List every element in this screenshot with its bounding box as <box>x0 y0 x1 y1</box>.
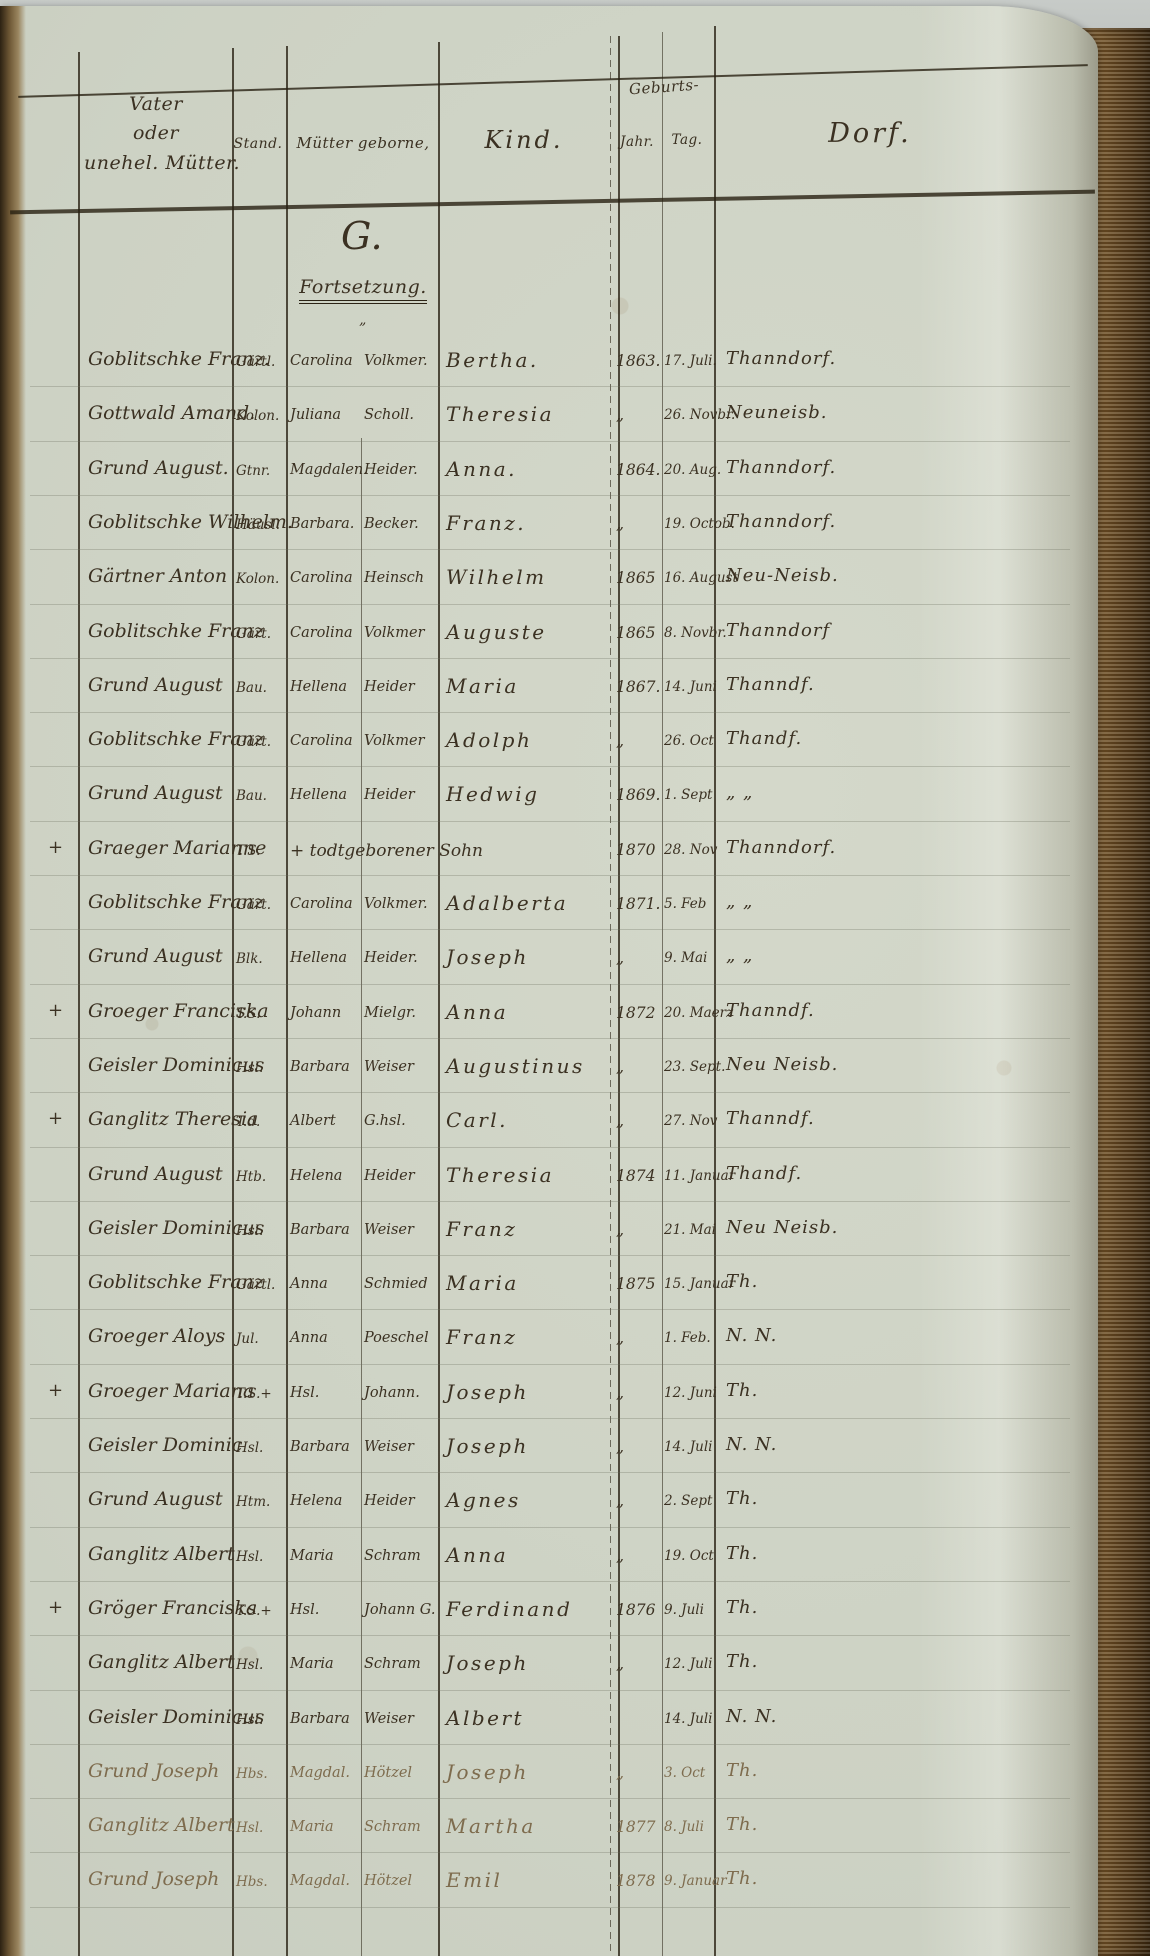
cell-father-name: Grund August <box>88 945 230 967</box>
cell-child-name: Joseph <box>446 1760 606 1784</box>
cell-birth-year: 1874 <box>616 1167 660 1185</box>
cell-stand: Gärtl. <box>236 354 284 370</box>
cell-birth-year: „ <box>616 732 660 750</box>
cell-child-name: Albert <box>446 1706 606 1730</box>
cell-father-name: Groeger Mariana <box>88 1380 230 1402</box>
cell-child-name: Franz <box>446 1325 606 1349</box>
cell-child-name: Joseph <box>446 945 606 969</box>
register-row: Goblitschke FranzGärt.CarolinaVolkmer.Ad… <box>0 881 1098 935</box>
cell-birth-year: „ <box>616 1058 660 1076</box>
cell-birth-year: „ <box>616 1438 660 1456</box>
cell-birth-day: 5. Feb <box>664 896 712 912</box>
cell-birth-day: 1. Sept <box>664 787 712 803</box>
cell-stand: Hbs. <box>236 1874 284 1890</box>
cell-mother-surname: Weiser <box>364 1059 434 1075</box>
col-header-birth-year: Jahr. <box>614 134 660 150</box>
cell-village: Thanndf. <box>726 674 1026 695</box>
cell-village: Thandf. <box>726 1163 1026 1184</box>
cell-stand: Gärt. <box>236 734 284 750</box>
cell-stand: Hsl. <box>236 1060 284 1076</box>
row-rule <box>30 929 1070 930</box>
cell-village: Thanndf. <box>726 1108 1026 1129</box>
cell-village: Th. <box>726 1760 1026 1781</box>
col-header-father-line1: Vater <box>84 90 228 119</box>
register-row: Geisler DominicusHsl.BarbaraWeiserAlbert… <box>0 1696 1098 1750</box>
cell-birth-year: 1876 <box>616 1601 660 1619</box>
cell-mother-surname: Schram <box>364 1819 434 1835</box>
register-row: +Gröger FranciskaT.S.+Hsl.Johann G.Ferdi… <box>0 1587 1098 1641</box>
cell-mother-surname: Hötzel <box>364 1765 434 1781</box>
cell-mother-given: Magdal. <box>290 1765 358 1781</box>
cell-father-name: Goblitschke Franz <box>88 728 230 750</box>
row-rule <box>30 821 1070 822</box>
cell-birth-year: 1863. <box>616 352 660 370</box>
cell-birth-day: 14. Juli <box>664 1439 712 1455</box>
cell-birth-year: „ <box>616 949 660 967</box>
cell-father-name: Grund August <box>88 782 230 804</box>
section-subtitle: Fortsetzung. <box>299 276 427 304</box>
cell-stand: Gärt. <box>236 897 284 913</box>
cell-father-name: Geisler Dominicus <box>88 1217 230 1239</box>
register-row: Grund AugustBau.HellenaHeiderMaria1867.1… <box>0 664 1098 718</box>
cell-mother-given: Anna <box>290 1276 358 1292</box>
cell-child-name: Wilhelm <box>446 565 606 589</box>
cell-child-name: Augustinus <box>446 1054 606 1078</box>
cell-father-name: Groeger Franciska <box>88 1000 230 1022</box>
cell-mother-given: Barbara <box>290 1711 358 1727</box>
register-row: Geisler DominicHsl.BarbaraWeiserJoseph„1… <box>0 1424 1098 1478</box>
register-page: Vater oder unehel. Mütter. Stand. Mütter… <box>0 6 1098 1956</box>
row-rule <box>30 549 1070 550</box>
cell-father-name: Grund August <box>88 1163 230 1185</box>
cell-birth-day: 26. Oct <box>664 733 712 749</box>
register-row: Ganglitz AlbertHsl.MariaSchramMartha1877… <box>0 1804 1098 1858</box>
row-rule <box>30 1744 1070 1745</box>
cell-stand: Jul. <box>236 1331 284 1347</box>
register-row: Grund AugustHtb.HelenaHeiderTheresia1874… <box>0 1153 1098 1207</box>
cell-birth-year: 1865 <box>616 624 660 642</box>
cell-mother-given: Albert <box>290 1113 358 1129</box>
row-rule <box>30 1852 1070 1853</box>
cell-stand: Bau. <box>236 680 284 696</box>
cell-child-name: Maria <box>446 674 606 698</box>
row-rule <box>30 1798 1070 1799</box>
register-row: Grund August.Gtnr.Magdalen.Heider.Anna.1… <box>0 447 1098 501</box>
row-rule <box>30 441 1070 442</box>
cell-father-name: Geisler Dominicus <box>88 1706 230 1728</box>
cell-birth-year: „ <box>616 1655 660 1673</box>
cell-village: „ „ <box>726 891 1026 912</box>
cell-stand: Hbs. <box>236 1766 284 1782</box>
row-rule <box>30 386 1070 387</box>
cell-mother-given: Hsl. <box>290 1385 358 1401</box>
cell-child-name: Martha <box>446 1814 606 1838</box>
cell-stand: Gtnr. <box>236 463 284 479</box>
cell-cross-mark: + <box>48 1597 76 1618</box>
cell-village: Th. <box>726 1488 1026 1509</box>
register-scan: Vater oder unehel. Mütter. Stand. Mütter… <box>0 0 1150 1956</box>
cell-mother-given: Helena <box>290 1493 358 1509</box>
cell-mother-surname: Heider <box>364 1168 434 1184</box>
cell-village: Thandf. <box>726 728 1026 749</box>
register-row: Gottwald Amand.Kolon.JulianaScholl.There… <box>0 392 1098 446</box>
cell-mother-given: Maria <box>290 1548 358 1564</box>
row-rule <box>30 1092 1070 1093</box>
cell-birth-year: „ <box>616 1492 660 1510</box>
cell-mother-surname: Johann. <box>364 1385 434 1401</box>
cell-mother-surname: Mielgr. <box>364 1005 434 1021</box>
cell-stand: Gärtl. <box>236 1277 284 1293</box>
register-row: Goblitschke FranzGärt.CarolinaVolkmerAdo… <box>0 718 1098 772</box>
row-rule <box>30 1038 1070 1039</box>
cell-mother-surname: Johann G. <box>364 1602 434 1618</box>
cell-father-name: Goblitschke Franz <box>88 891 230 913</box>
cell-birth-day: 27. Nov <box>664 1113 712 1129</box>
section-subtitle-wrap: Fortsetzung. <box>296 276 430 298</box>
cell-birth-year: „ <box>616 1329 660 1347</box>
cell-mother-given: Hsl. <box>290 1602 358 1618</box>
register-row: Geisler DominicusHsl.BarbaraWeiserAugust… <box>0 1044 1098 1098</box>
cell-child-name: Anna <box>446 1000 606 1024</box>
cell-father-name: Ganglitz Albert <box>88 1814 230 1836</box>
cell-birth-year: 1877 <box>616 1818 660 1836</box>
cell-mother-given: Barbara <box>290 1439 358 1455</box>
cell-father-name: Grund Joseph <box>88 1868 230 1890</box>
row-rule <box>30 1147 1070 1148</box>
cell-father-name: Grund August <box>88 674 230 696</box>
cell-village: Th. <box>726 1543 1026 1564</box>
cell-village: Thanndorf. <box>726 837 1026 858</box>
cell-birth-year: 1864. <box>616 461 660 479</box>
cell-mother-given: Magdal. <box>290 1873 358 1889</box>
cell-mother-surname: Becker. <box>364 516 434 532</box>
cell-cross-mark: + <box>48 1000 76 1021</box>
cell-village: Thanndorf <box>726 620 1026 641</box>
cell-village: Neu Neisb. <box>726 1054 1026 1075</box>
cell-birth-day: 15. Januar <box>664 1276 712 1292</box>
cell-stand: T.S.+ <box>236 1386 284 1402</box>
cell-birth-day: 20. Maerz <box>664 1005 712 1021</box>
row-rule <box>30 495 1070 496</box>
cell-village: N. N. <box>726 1325 1026 1346</box>
cell-mother-given: Carolina <box>290 733 358 749</box>
cell-stand: Hsl. <box>236 1820 284 1836</box>
cell-birth-day: 21. Mai <box>664 1222 712 1238</box>
cell-village: Th. <box>726 1814 1026 1835</box>
cell-stand: Gärt. <box>236 626 284 642</box>
cell-stillborn-note: + todtgeborener Sohn <box>290 841 608 861</box>
cell-mother-surname: Heider. <box>364 462 434 478</box>
cell-stand: Häusl. <box>236 517 284 533</box>
cell-child-name: Auguste <box>446 620 606 644</box>
cell-mother-surname: G.hsl. <box>364 1113 434 1129</box>
cell-father-name: Goblitschke Franz. <box>88 348 230 370</box>
row-rule <box>30 1418 1070 1419</box>
register-row: Grund AugustBlk.HellenaHeider.Joseph„9. … <box>0 935 1098 989</box>
cell-child-name: Ferdinand <box>446 1597 606 1621</box>
cell-mother-surname: Weiser <box>364 1439 434 1455</box>
cell-mother-given: Maria <box>290 1656 358 1672</box>
cell-child-name: Adolph <box>446 728 606 752</box>
cell-birth-day: 14. Juli <box>664 1711 712 1727</box>
cell-birth-year: 1875 <box>616 1275 660 1293</box>
cell-stand: Blk. <box>236 951 284 967</box>
cell-mother-surname: Volkmer <box>364 733 434 749</box>
cell-village: N. N. <box>726 1434 1026 1455</box>
register-row: Geisler DominicusHsl.BarbaraWeiserFranz„… <box>0 1207 1098 1261</box>
cell-father-name: Ganglitz Theresia <box>88 1108 230 1130</box>
section-ditto: „ <box>296 312 430 328</box>
cell-child-name: Maria <box>446 1271 606 1295</box>
cell-child-name: Anna. <box>446 457 606 481</box>
cell-mother-given: Carolina <box>290 625 358 641</box>
cell-birth-day: 2. Sept <box>664 1493 712 1509</box>
cell-birth-day: 9. Juli <box>664 1602 712 1618</box>
cell-birth-year: 1878 <box>616 1872 660 1890</box>
register-row: Goblitschke Wilhelm.Häusl.Barbara.Becker… <box>0 501 1098 555</box>
register-row: +Groeger FranciskaT.S.JohannMielgr.Anna1… <box>0 990 1098 1044</box>
cell-child-name: Agnes <box>446 1488 606 1512</box>
register-row: Goblitschke FranzGärt.CarolinaVolkmerAug… <box>0 610 1098 664</box>
cell-mother-surname: Heider <box>364 787 434 803</box>
cell-child-name: Adalberta <box>446 891 606 915</box>
col-header-father-line3: unehel. Mütter. <box>84 149 228 178</box>
cell-village: Th. <box>726 1868 1026 1889</box>
cell-mother-surname: Volkmer. <box>364 353 434 369</box>
col-header-mother: Mütter geborne, <box>288 134 438 152</box>
register-row: Goblitschke FranzGärtl.AnnaSchmiedMaria1… <box>0 1261 1098 1315</box>
cell-birth-year: „ <box>616 1547 660 1565</box>
cell-birth-year: „ <box>616 1384 660 1402</box>
row-rule <box>30 1309 1070 1310</box>
cell-mother-surname: Scholl. <box>364 407 434 423</box>
cell-mother-surname: Weiser <box>364 1711 434 1727</box>
cell-stand: T.S. <box>236 843 284 859</box>
col-header-birth-day: Tag. <box>662 132 712 148</box>
row-rule <box>30 766 1070 767</box>
register-row: +Ganglitz TheresiaT.d.AlbertG.hsl.Carl.„… <box>0 1098 1098 1152</box>
cell-child-name: Bertha. <box>446 348 606 372</box>
cell-cross-mark: + <box>48 1380 76 1401</box>
cell-father-name: Gröger Franciska <box>88 1597 230 1619</box>
register-row: Ganglitz AlbertHsl.MariaSchramJoseph„12.… <box>0 1641 1098 1695</box>
row-rule <box>30 604 1070 605</box>
row-rule <box>30 1690 1070 1691</box>
cell-stand: Hsl. <box>236 1549 284 1565</box>
cell-father-name: Grund August <box>88 1488 230 1510</box>
cell-stand: Kolon. <box>236 408 284 424</box>
cell-mother-surname: Weiser <box>364 1222 434 1238</box>
cell-mother-surname: Volkmer. <box>364 896 434 912</box>
cell-child-name: Hedwig <box>446 782 606 806</box>
register-row: Grund JosephHbs.Magdal.HötzelJoseph„3. O… <box>0 1750 1098 1804</box>
register-row: Grund AugustBau.HellenaHeiderHedwig1869.… <box>0 772 1098 826</box>
cell-stand: Htm. <box>236 1494 284 1510</box>
register-row: Gärtner AntonKolon.CarolinaHeinschWilhel… <box>0 555 1098 609</box>
cell-birth-year: 1872 <box>616 1004 660 1022</box>
cell-stand: Hsl. <box>236 1223 284 1239</box>
cell-father-name: Goblitschke Franz <box>88 620 230 642</box>
cell-birth-day: 8. Novbr. <box>664 625 712 641</box>
col-header-father-line2: oder <box>84 119 228 148</box>
cell-village: Thanndorf. <box>726 348 1026 369</box>
cell-birth-day: 19. Oct <box>664 1548 712 1564</box>
cell-birth-day: 1. Feb. <box>664 1330 712 1346</box>
register-row: Grund JosephHbs.Magdal.HötzelEmil18789. … <box>0 1858 1098 1912</box>
cell-birth-day: 12. Juni <box>664 1385 712 1401</box>
col-header-stand: Stand. <box>230 136 286 152</box>
cell-mother-surname: Poeschel <box>364 1330 434 1346</box>
section-letter: G. <box>288 214 436 258</box>
cell-father-name: Goblitschke Wilhelm. <box>88 511 230 533</box>
cell-mother-given: Helena <box>290 1168 358 1184</box>
cell-child-name: Joseph <box>446 1651 606 1675</box>
cell-village: Th. <box>726 1271 1026 1292</box>
row-rule <box>30 1581 1070 1582</box>
cell-stand: Hsl. <box>236 1657 284 1673</box>
cell-village: Neuneisb. <box>726 402 1026 423</box>
cell-birth-year: „ <box>616 1112 660 1130</box>
cell-cross-mark: + <box>48 1108 76 1129</box>
cell-mother-given: Hellena <box>290 787 358 803</box>
col-header-village: Dorf. <box>740 118 1000 149</box>
register-row: +Graeger MarianneT.S.+ todtgeborener Soh… <box>0 827 1098 881</box>
cell-birth-year: 1871. <box>616 895 660 913</box>
cell-village: „ „ <box>726 945 1026 966</box>
cell-child-name: Joseph <box>446 1380 606 1404</box>
register-row: Goblitschke Franz.Gärtl.CarolinaVolkmer.… <box>0 338 1098 392</box>
row-rule <box>30 1255 1070 1256</box>
cell-stand: Bau. <box>236 788 284 804</box>
cell-child-name: Emil <box>446 1868 606 1892</box>
cell-mother-given: Hellena <box>290 950 358 966</box>
cell-father-name: Gärtner Anton <box>88 565 230 587</box>
col-header-child: Kind. <box>440 126 608 154</box>
cell-cross-mark: + <box>48 837 76 858</box>
row-rule <box>30 1907 1070 1908</box>
cell-stand: Hsl. <box>236 1712 284 1728</box>
cell-birth-year: „ <box>616 1764 660 1782</box>
cell-father-name: Grund August. <box>88 457 230 479</box>
cell-mother-given: Barbara. <box>290 516 358 532</box>
cell-father-name: Geisler Dominicus <box>88 1054 230 1076</box>
cell-village: Neu-Neisb. <box>726 565 1026 586</box>
cell-father-name: Goblitschke Franz <box>88 1271 230 1293</box>
cell-child-name: Franz <box>446 1217 606 1241</box>
cell-father-name: Geisler Dominic <box>88 1434 230 1456</box>
row-rule <box>30 1472 1070 1473</box>
cell-mother-given: Johann <box>290 1005 358 1021</box>
cell-village: Thanndorf. <box>726 511 1026 532</box>
cell-mother-surname: Heinsch <box>364 570 434 586</box>
cell-father-name: Ganglitz Albert <box>88 1543 230 1565</box>
cell-mother-given: Barbara <box>290 1059 358 1075</box>
cell-village: Thanndorf. <box>726 457 1026 478</box>
cell-birth-year: „ <box>616 1221 660 1239</box>
cell-birth-day: 23. Sept. <box>664 1059 712 1075</box>
cell-child-name: Theresia <box>446 402 606 426</box>
cell-birth-day: 14. Juni <box>664 679 712 695</box>
row-rule <box>30 1527 1070 1528</box>
cell-father-name: Gottwald Amand. <box>88 402 230 424</box>
cell-birth-day: 9. Mai <box>664 950 712 966</box>
cell-father-name: Groeger Aloys <box>88 1325 230 1347</box>
cell-mother-surname: Heider <box>364 679 434 695</box>
cell-mother-given: Carolina <box>290 570 358 586</box>
cell-birth-day: 28. Nov <box>664 842 712 858</box>
cell-mother-given: Carolina <box>290 896 358 912</box>
cell-father-name: Graeger Marianne <box>88 837 230 859</box>
cell-mother-surname: Hötzel <box>364 1873 434 1889</box>
register-row: Ganglitz AlbertHsl.MariaSchramAnna„19. O… <box>0 1533 1098 1587</box>
cell-birth-year: „ <box>616 406 660 424</box>
row-rule <box>30 658 1070 659</box>
col-header-father: Vater oder unehel. Mütter. <box>84 90 228 178</box>
cell-birth-year: 1867. <box>616 678 660 696</box>
cell-mother-given: Maria <box>290 1819 358 1835</box>
row-rule <box>30 1635 1070 1636</box>
cell-child-name: Joseph <box>446 1434 606 1458</box>
cell-mother-surname: Schram <box>364 1656 434 1672</box>
cell-birth-year: 1869. <box>616 786 660 804</box>
cell-stand: T.S.+ <box>236 1603 284 1619</box>
cell-birth-day: 12. Juli <box>664 1656 712 1672</box>
register-row: Grund AugustHtm.HelenaHeiderAgnes„2. Sep… <box>0 1478 1098 1532</box>
cell-village: Neu Neisb. <box>726 1217 1026 1238</box>
row-rule <box>30 984 1070 985</box>
cell-birth-day: 9. Januar <box>664 1873 712 1889</box>
cell-mother-given: Hellena <box>290 679 358 695</box>
cell-mother-surname: Schram <box>364 1548 434 1564</box>
cell-father-name: Ganglitz Albert <box>88 1651 230 1673</box>
cell-birth-year: „ <box>616 515 660 533</box>
cell-mother-given: Barbara <box>290 1222 358 1238</box>
cell-mother-surname: Heider. <box>364 950 434 966</box>
cell-birth-year: 1870 <box>616 841 660 859</box>
cell-mother-surname: Schmied <box>364 1276 434 1292</box>
cell-village: Th. <box>726 1597 1026 1618</box>
cell-mother-given: Juliana <box>290 407 358 423</box>
cell-village: Th. <box>726 1380 1026 1401</box>
cell-birth-day: 8. Juli <box>664 1819 712 1835</box>
cell-birth-day: 11. Januar <box>664 1168 712 1184</box>
cell-mother-surname: Volkmer <box>364 625 434 641</box>
cell-birth-day: 17. Juli. <box>664 353 712 369</box>
cell-child-name: Theresia <box>446 1163 606 1187</box>
row-rule <box>30 1201 1070 1202</box>
cell-mother-surname: Heider <box>364 1493 434 1509</box>
cell-mother-given: Carolina <box>290 353 358 369</box>
cell-birth-day: 19. Octob. <box>664 516 712 532</box>
cell-stand: T.S. <box>236 1006 284 1022</box>
cell-birth-day: 16. August <box>664 570 712 586</box>
cell-village: „ „ <box>726 782 1026 803</box>
cell-birth-day: 26. Novbr. <box>664 407 712 423</box>
register-row: Groeger AloysJul.AnnaPoeschelFranz„1. Fe… <box>0 1315 1098 1369</box>
cell-child-name: Carl. <box>446 1108 606 1132</box>
cell-mother-given: Anna <box>290 1330 358 1346</box>
cell-birth-day: 20. Aug. <box>664 462 712 478</box>
cell-birth-year: 1865 <box>616 569 660 587</box>
row-rule <box>30 1364 1070 1365</box>
cell-village: Thanndf. <box>726 1000 1026 1021</box>
cell-stand: Htb. <box>236 1169 284 1185</box>
cell-stand: T.d. <box>236 1114 284 1130</box>
register-row: +Groeger MarianaT.S.+Hsl.Johann.Joseph„1… <box>0 1370 1098 1424</box>
cell-child-name: Franz. <box>446 511 606 535</box>
cell-stand: Kolon. <box>236 571 284 587</box>
cell-village: Th. <box>726 1651 1026 1672</box>
